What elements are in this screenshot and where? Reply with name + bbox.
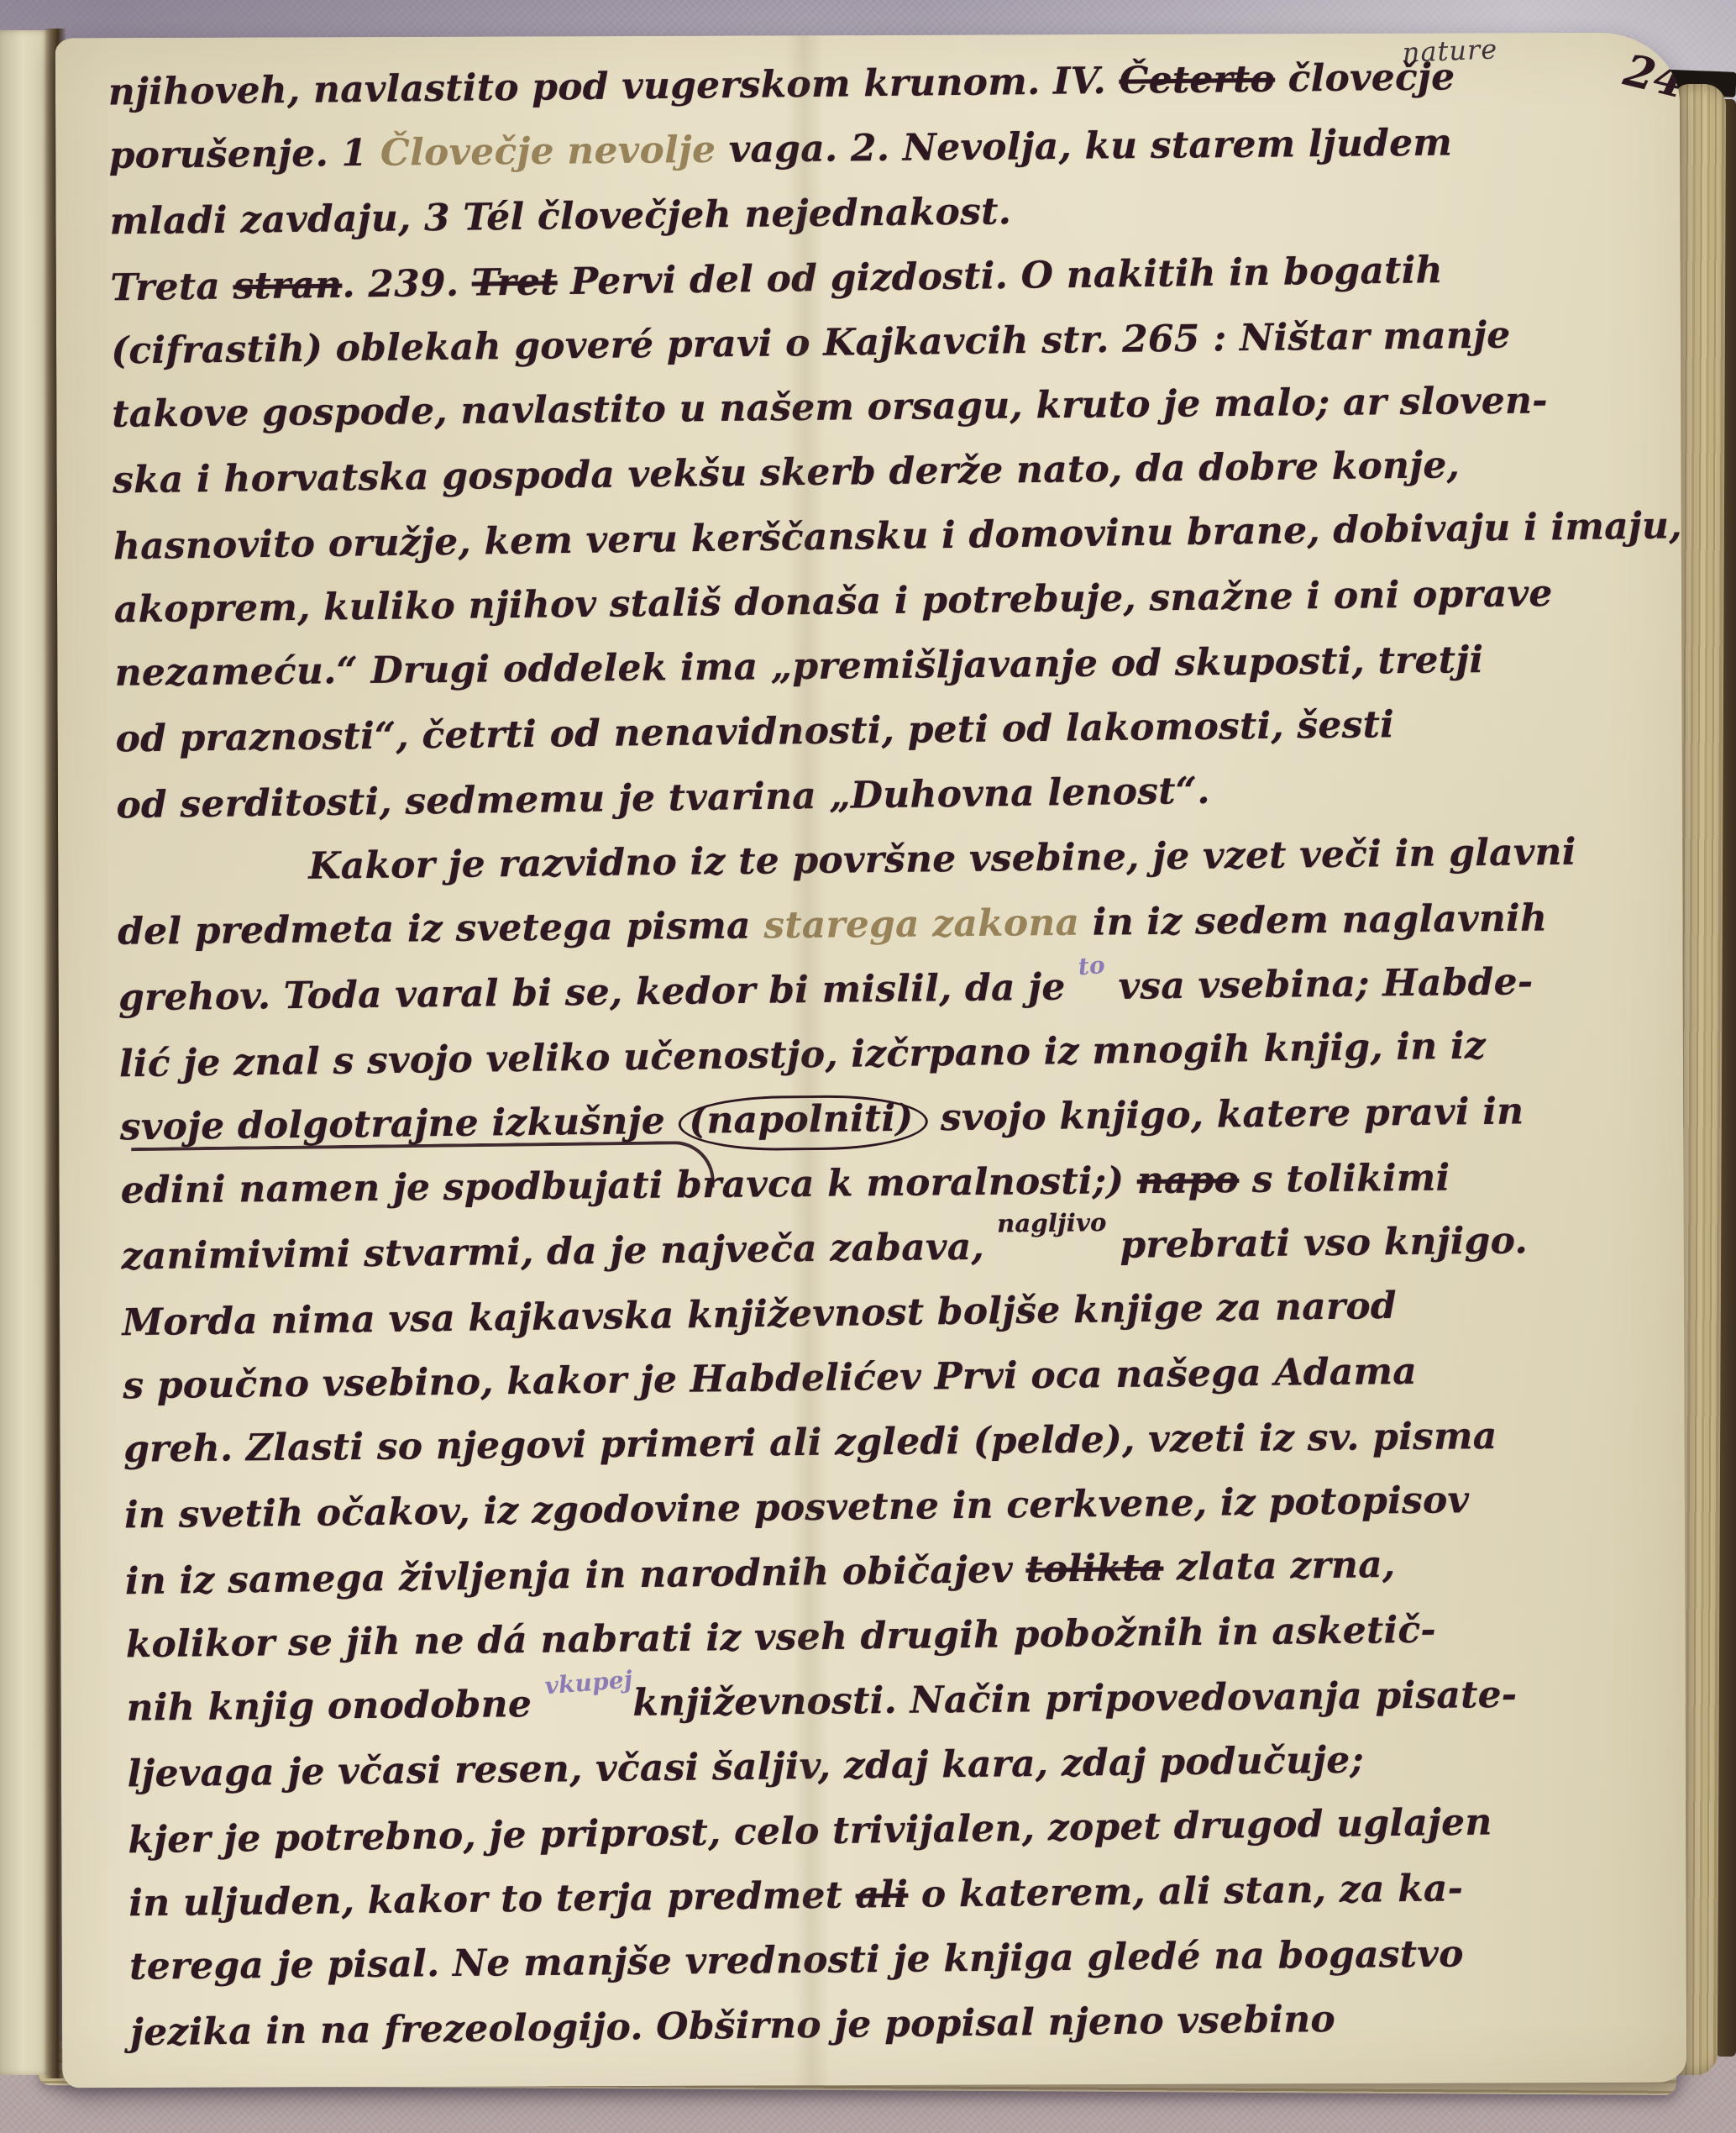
handwriting-segment: vaga. 2. Nevolja, ku starem ljudem [716, 121, 1452, 171]
handwriting-segment: svoje dolgotrajne izkušnje [120, 1100, 679, 1149]
handwriting-segment: nih knjig onodobne [126, 1683, 544, 1730]
handwriting-segment: književnosti. Način pripovedovanja pisat… [632, 1673, 1517, 1725]
handwriting-segment: Četerto [1119, 58, 1275, 102]
handwriting-segment: in iz sedem naglavnih [1079, 896, 1547, 943]
inserted-word: to [1077, 951, 1106, 980]
handwriting-segment: njihoveh, navlastito pod vugerskom kruno… [108, 60, 1120, 114]
handwriting-segment: . 239. [342, 262, 472, 307]
handwriting-segment: svojo knjigo, katere pravi in [927, 1090, 1524, 1139]
inserted-word: vkupej [543, 1665, 633, 1700]
manuscript-text: njihoveh, navlastito pod vugerskom kruno… [108, 54, 1681, 2077]
handwriting-segment: o katerem, ali stan, za ka- [908, 1867, 1463, 1915]
inserted-word: nagljivo [997, 1208, 1107, 1237]
handwriting-segment: vsa vsebina; Habde- [1105, 960, 1534, 1008]
handwriting-segment: s tolikimi [1239, 1157, 1450, 1201]
handwriting-segment: zanimivimi stvarmi, da je največa zabava… [121, 1226, 997, 1279]
handwriting-segment: Človečje nevolje [380, 129, 716, 175]
handwriting-segment: del predmeta iz svetega pisma [118, 904, 764, 953]
manuscript-page: nature 24 njihoveh, navlastito pod vuger… [55, 33, 1687, 2088]
handwriting-segment: prebrati vso knjigo. [1107, 1219, 1529, 1267]
handwriting-segment: mladi zavdaju, 3 Tél človečjeh nejednako… [109, 190, 1011, 243]
handwriting-segment: Treta [110, 265, 233, 309]
handwriting-segment: tolikta [1025, 1547, 1163, 1591]
handwriting-segment: zlata zrna, [1163, 1543, 1396, 1589]
photographed-manuscript: nature 24 njihoveh, navlastito pod vuger… [0, 0, 1736, 2133]
handwriting-segment: (napolniti) [678, 1094, 928, 1151]
handwriting-segment: ali [855, 1873, 908, 1917]
handwriting-segment: Tret [471, 260, 558, 304]
handwriting-segment: porušenje. 1 [108, 132, 380, 177]
handwriting-segment: napo [1137, 1158, 1240, 1202]
facing-page-edge [0, 30, 50, 2075]
handwriting-segment: človečje [1275, 55, 1455, 100]
handwriting-segment: stran [233, 264, 342, 308]
handwriting-segment: edini namen je spodbujati bravca k moral… [120, 1159, 1137, 1212]
handwriting-segment: starega zakona [763, 901, 1079, 948]
